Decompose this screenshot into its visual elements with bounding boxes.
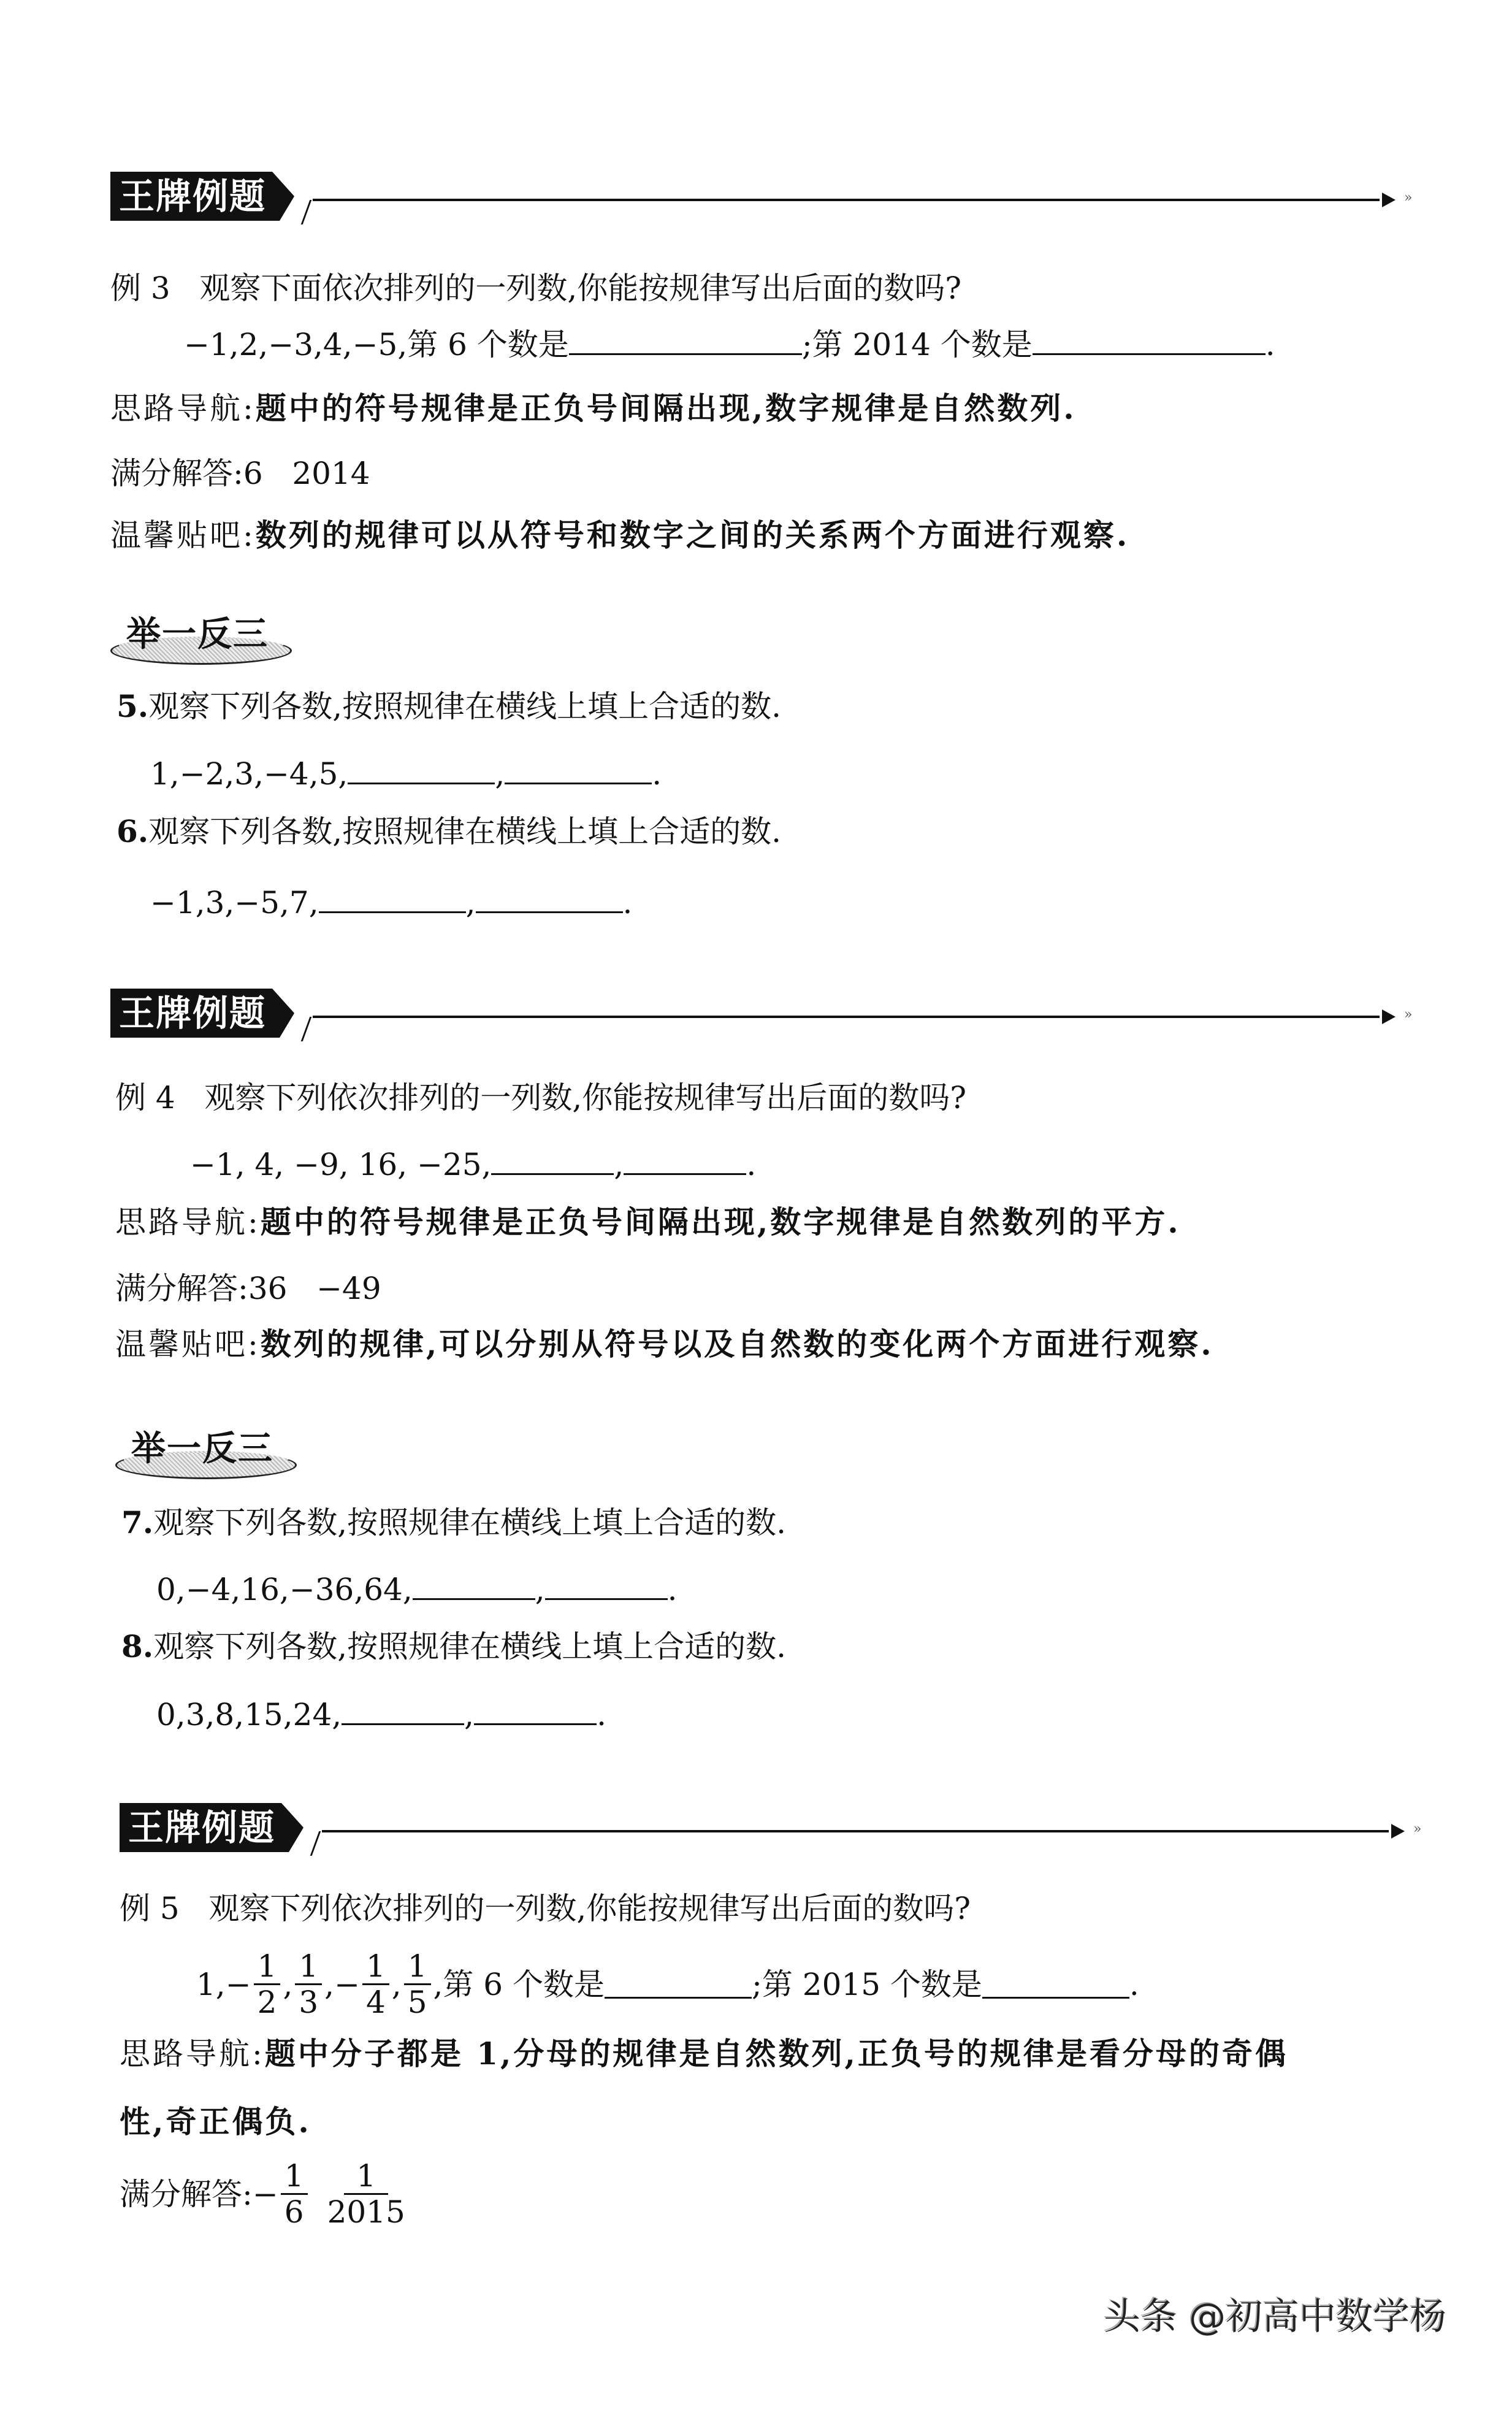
numerator: 1 — [295, 1949, 322, 1985]
exercise-6-sequence: −1,3,−5,7,,. — [150, 884, 632, 921]
exercise-6: 6.观察下列各数,按照规律在横线上填上合适的数. — [116, 813, 781, 850]
comma: , — [433, 1966, 443, 2003]
arrow-right-icon — [1391, 1824, 1405, 1839]
divider-slash — [310, 1831, 321, 1856]
exercise-5-sequence: 1,−2,3,−4,5,,. — [150, 756, 662, 792]
divider-slash — [301, 1017, 312, 1041]
label: 思路导航: — [115, 1204, 261, 1240]
thinking-guide: 思路导航:题中的符号规律是正负号间隔出现,数字规律是自然数列. — [110, 390, 1077, 427]
double-chevron-icon: » — [1404, 190, 1412, 205]
section-header-2: 王牌例题 » — [110, 989, 1386, 1044]
exercise-7: 7.观察下列各数,按照规律在横线上填上合适的数. — [121, 1504, 786, 1541]
exercise-7-sequence: 0,−4,16,−36,64,,. — [156, 1571, 678, 1608]
answer-blank[interactable] — [342, 1696, 464, 1725]
answer-blank[interactable] — [505, 756, 652, 784]
comma: , — [283, 1966, 292, 2003]
comma: , — [324, 1966, 334, 2003]
denominator: 5 — [408, 1985, 427, 2020]
period: . — [1129, 1966, 1139, 2003]
comma: , — [614, 1147, 624, 1182]
section-badge: 王牌例题 — [110, 172, 294, 221]
section-badge: 王牌例题 — [110, 989, 294, 1038]
label: 思路导航: — [110, 391, 256, 426]
numerator: 1 — [281, 2159, 308, 2195]
example-5-sequence: 1, − 12 , 13 , − 14 , 15 , 第 6 个数是;第 201… — [196, 1949, 1139, 2020]
numerator: 1 — [362, 1949, 389, 1985]
answer-blank[interactable] — [348, 756, 495, 784]
answer-blank[interactable] — [476, 884, 623, 913]
label: 温馨贴吧: — [115, 1327, 261, 1362]
exercise-5: 5.观察下列各数,按照规律在横线上填上合适的数. — [116, 688, 781, 725]
denominator: 6 — [284, 2195, 304, 2229]
answer-blank[interactable] — [545, 1571, 668, 1600]
fraction: 12015 — [327, 2159, 405, 2229]
numerator: 1 — [254, 1949, 281, 1985]
tip-text: 数列的规律可以从符号和数字之间的关系两个方面进行观察. — [256, 517, 1129, 553]
period: . — [623, 885, 633, 921]
section-badge: 王牌例题 — [120, 1803, 304, 1852]
exercise-8: 8.观察下列各数,按照规律在横线上填上合适的数. — [121, 1628, 786, 1665]
exercise-number: 8. — [121, 1628, 153, 1664]
label: 满分解答: — [120, 2176, 253, 2213]
tip-text: 数列的规律,可以分别从符号以及自然数的变化两个方面进行观察. — [261, 1326, 1214, 1362]
numerator: 1 — [344, 2159, 388, 2195]
arrow-right-icon — [1382, 193, 1396, 207]
comma: , — [535, 1572, 545, 1607]
comma: , — [392, 1966, 402, 2003]
sequence-text: −1, 4, −9, 16, −25, — [190, 1147, 491, 1182]
divider-line — [322, 1830, 1389, 1832]
exercise-number: 6. — [116, 813, 148, 849]
denominator: 3 — [299, 1985, 318, 2020]
denominator: 4 — [366, 1985, 386, 2020]
comma: , — [466, 885, 476, 921]
thinking-text: 题中分子都是 1,分母的规律是自然数列,正负号的规律是看分母的奇偶 — [265, 2035, 1288, 2072]
answer-blank[interactable] — [474, 1696, 597, 1725]
sequence-text: 0,3,8,15,24, — [156, 1697, 342, 1732]
numerator: 1 — [404, 1949, 431, 1985]
divider-line — [313, 199, 1380, 201]
answer-blank[interactable] — [413, 1571, 535, 1600]
example-3-question: 例 3 观察下面依次排列的一列数,你能按规律写出后面的数吗? — [110, 270, 961, 307]
thinking-guide: 思路导航:题中分子都是 1,分母的规律是自然数列,正负号的规律是看分母的奇偶 — [120, 2035, 1288, 2072]
period: . — [746, 1147, 756, 1182]
sequence-text: 第 6 个数是 — [443, 1966, 605, 2003]
tip: 温馨贴吧:数列的规律可以从符号和数字之间的关系两个方面进行观察. — [110, 517, 1129, 554]
practice-header-2: 举一反三 — [115, 1428, 299, 1477]
answer-text: 6 2014 — [243, 456, 370, 491]
thinking-text: 题中的符号规律是正负号间隔出现,数字规律是自然数列的平方. — [261, 1204, 1181, 1240]
answer-blank[interactable] — [319, 884, 466, 913]
thinking-text: 题中的符号规律是正负号间隔出现,数字规律是自然数列. — [256, 390, 1077, 426]
minus-sign: − — [334, 1966, 360, 2003]
divider-line — [313, 1016, 1380, 1018]
practice-label: 举一反三 — [131, 1428, 273, 1471]
label: 思路导航: — [120, 2036, 265, 2072]
fraction: 14 — [362, 1949, 389, 2020]
divider-slash — [301, 200, 312, 224]
question-text: 观察下列依次排列的一列数,你能按规律写出后面的数吗? — [204, 1080, 966, 1116]
label: 满分解答: — [110, 456, 243, 491]
sequence-text: ;第 2015 个数是 — [752, 1966, 982, 2003]
exercise-text: 观察下列各数,按照规律在横线上填上合适的数. — [153, 1505, 786, 1541]
double-chevron-icon: » — [1413, 1821, 1421, 1837]
example-5-question: 例 5 观察下列依次排列的一列数,你能按规律写出后面的数吗? — [120, 1890, 971, 1927]
period: . — [1266, 327, 1275, 362]
sequence-text: ;第 2014 个数是 — [802, 327, 1033, 362]
section-header-3: 王牌例题 » — [120, 1803, 1395, 1858]
answer-blank[interactable] — [491, 1146, 614, 1175]
exercise-text: 观察下列各数,按照规律在横线上填上合适的数. — [148, 689, 781, 724]
exercise-8-sequence: 0,3,8,15,24,,. — [156, 1696, 606, 1733]
minus-sign: − — [253, 2176, 278, 2213]
example-4-sequence: −1, 4, −9, 16, −25,,. — [190, 1146, 756, 1183]
sequence-text: 0,−4,16,−36,64, — [156, 1572, 413, 1607]
answer-text: 36 −49 — [248, 1271, 381, 1306]
example-4-question: 例 4 观察下列依次排列的一列数,你能按规律写出后面的数吗? — [115, 1079, 966, 1116]
example-number: 例 5 — [120, 1891, 180, 1926]
exercise-number: 7. — [121, 1504, 153, 1541]
answer-blank[interactable] — [1033, 326, 1266, 355]
fraction: 15 — [404, 1949, 431, 2020]
question-text: 观察下面依次排列的一列数,你能按规律写出后面的数吗? — [199, 270, 961, 306]
full-answer: 满分解答:36 −49 — [115, 1270, 381, 1307]
sequence-text: −1,2,−3,4,−5,第 6 个数是 — [184, 327, 569, 362]
answer-blank[interactable] — [624, 1146, 746, 1175]
fraction: 12 — [254, 1949, 281, 2020]
exercise-text: 观察下列各数,按照规律在横线上填上合适的数. — [148, 814, 781, 849]
question-text: 观察下列依次排列的一列数,你能按规律写出后面的数吗? — [208, 1891, 971, 1926]
minus-sign: − — [226, 1966, 251, 2003]
watermark: 头条 @初高中数学杨 — [1104, 2294, 1446, 2340]
arrow-right-icon — [1382, 1009, 1396, 1024]
thinking-guide-continued: 性,奇正偶负. — [120, 2104, 311, 2140]
sequence-text: 1, — [196, 1966, 226, 2003]
denominator: 2 — [258, 1985, 277, 2020]
example-number: 例 4 — [115, 1080, 175, 1116]
exercise-text: 观察下列各数,按照规律在横线上填上合适的数. — [153, 1629, 786, 1664]
double-chevron-icon: » — [1404, 1007, 1412, 1022]
sequence-text: −1,3,−5,7, — [150, 885, 319, 921]
answer-blank[interactable] — [982, 1970, 1129, 1999]
label: 满分解答: — [115, 1271, 248, 1306]
label: 温馨贴吧: — [110, 518, 256, 553]
full-answer: 满分解答: − 16 12015 — [120, 2159, 408, 2229]
tip: 温馨贴吧:数列的规律,可以分别从符号以及自然数的变化两个方面进行观察. — [115, 1326, 1214, 1363]
answer-blank[interactable] — [569, 326, 802, 355]
section-header-1: 王牌例题 » — [110, 172, 1386, 227]
sequence-text: 1,−2,3,−4,5, — [150, 756, 348, 792]
period: . — [597, 1697, 606, 1732]
comma: , — [464, 1697, 474, 1732]
fraction: 16 — [281, 2159, 308, 2229]
full-answer: 满分解答:6 2014 — [110, 455, 370, 492]
period: . — [668, 1572, 678, 1607]
example-number: 例 3 — [110, 270, 170, 306]
fraction: 13 — [295, 1949, 322, 2020]
practice-label: 举一反三 — [126, 613, 269, 656]
period: . — [652, 756, 662, 792]
example-3-sequence: −1,2,−3,4,−5,第 6 个数是;第 2014 个数是. — [184, 326, 1275, 363]
thinking-guide: 思路导航:题中的符号规律是正负号间隔出现,数字规律是自然数列的平方. — [115, 1204, 1181, 1241]
practice-header-1: 举一反三 — [110, 613, 294, 662]
exercise-number: 5. — [116, 688, 148, 724]
answer-blank[interactable] — [605, 1970, 752, 1999]
comma: , — [495, 756, 505, 792]
denominator: 2015 — [327, 2195, 405, 2229]
